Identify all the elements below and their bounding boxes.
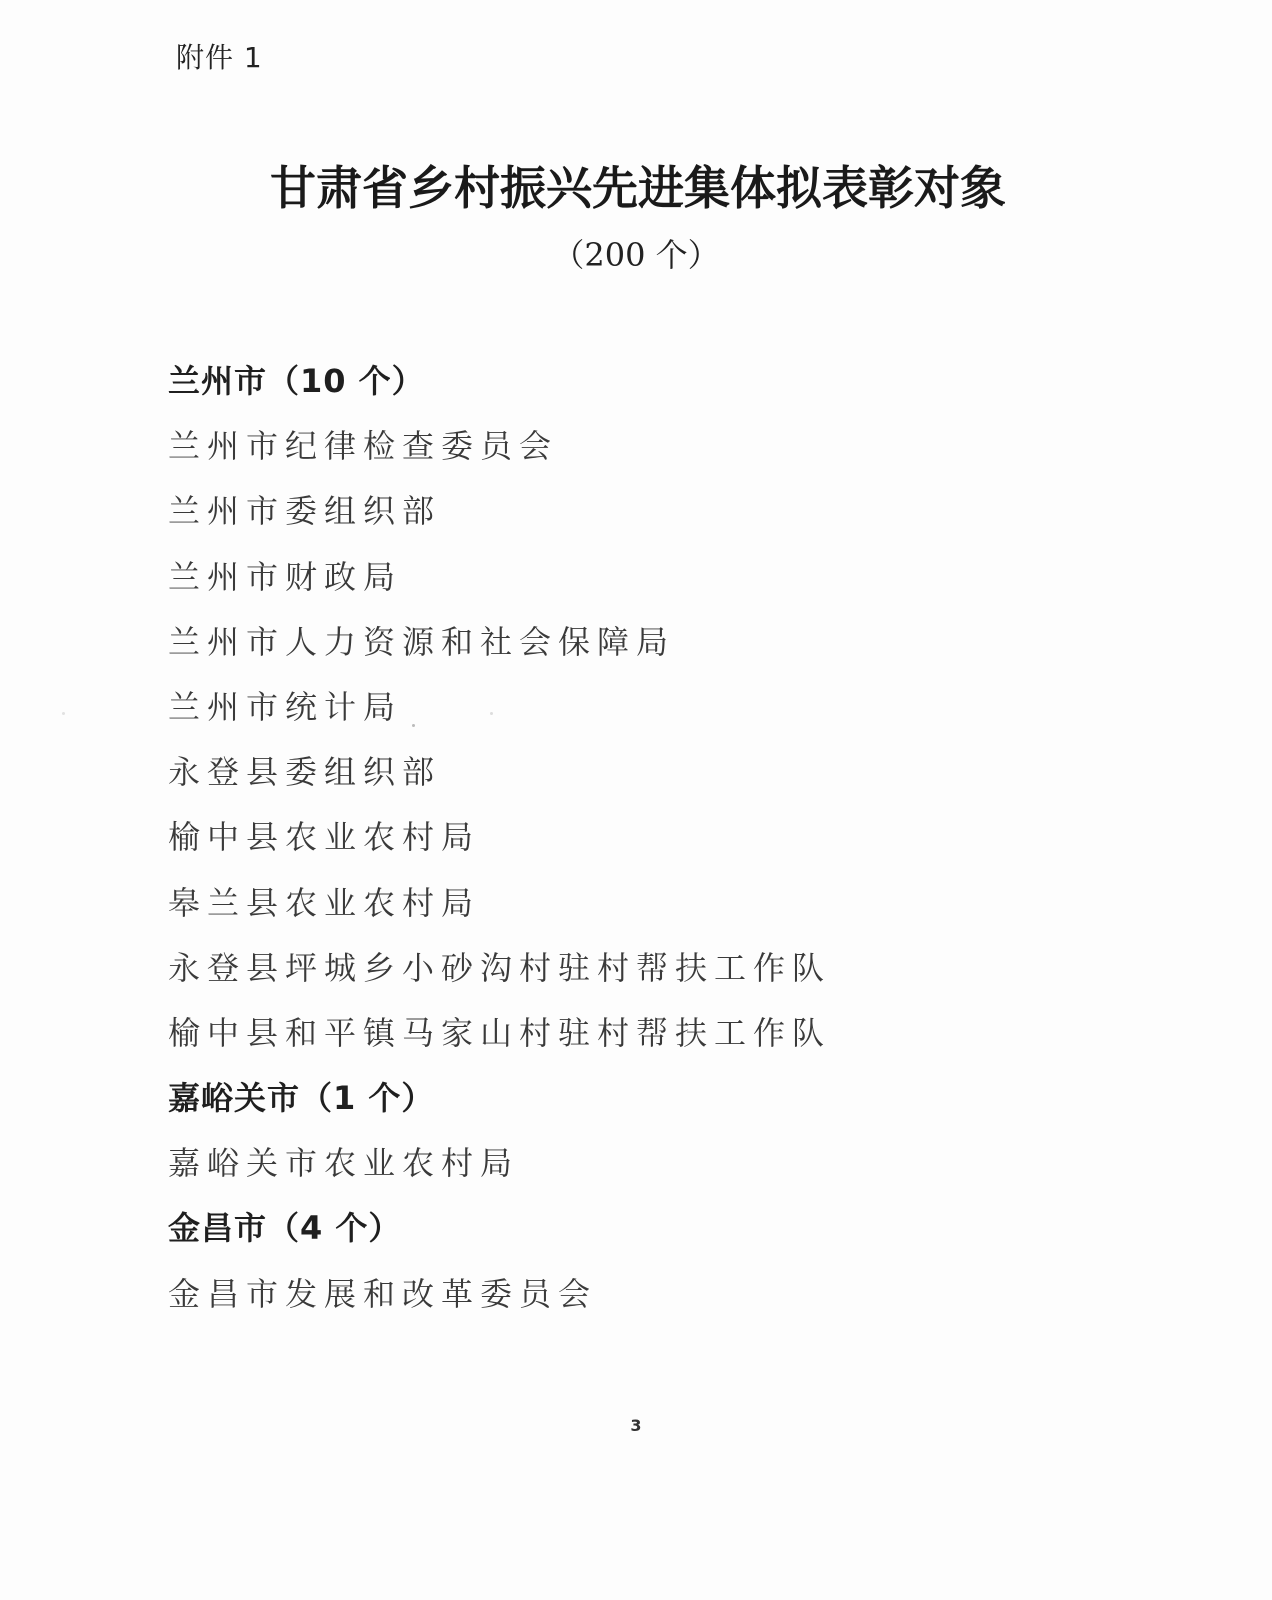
document-page: 附件 1 甘肃省乡村振兴先进集体拟表彰对象 （200 个） 兰州市（10 个） … bbox=[0, 0, 1272, 1600]
scan-speck bbox=[412, 724, 415, 727]
list-item: 榆中县农业农村局 bbox=[168, 812, 1068, 877]
list-item: 兰州市人力资源和社会保障局 bbox=[168, 617, 1068, 682]
list-item: 兰州市纪律检查委员会 bbox=[168, 421, 1068, 486]
scan-speck bbox=[62, 712, 65, 715]
list-item: 永登县坪城乡小砂沟村驻村帮扶工作队 bbox=[168, 943, 1068, 1008]
document-title: 甘肃省乡村振兴先进集体拟表彰对象 bbox=[0, 152, 1272, 218]
list-item: 皋兰县农业农村局 bbox=[168, 878, 1068, 943]
section-heading-jiayuguan: 嘉峪关市（1 个） bbox=[168, 1073, 1068, 1138]
attachment-label: 附件 1 bbox=[176, 36, 263, 76]
list-item: 兰州市财政局 bbox=[168, 552, 1068, 617]
section-heading-jinchang: 金昌市（4 个） bbox=[168, 1203, 1068, 1268]
list-item: 兰州市委组织部 bbox=[168, 486, 1068, 551]
list-item: 榆中县和平镇马家山村驻村帮扶工作队 bbox=[168, 1008, 1068, 1073]
list-item: 永登县委组织部 bbox=[168, 747, 1068, 812]
list-item: 兰州市统计局 bbox=[168, 682, 1068, 747]
section-heading-lanzhou: 兰州市（10 个） bbox=[168, 356, 1068, 421]
document-subtitle: （200 个） bbox=[0, 230, 1272, 276]
list-item: 金昌市发展和改革委员会 bbox=[168, 1269, 1068, 1334]
awardee-list: 兰州市（10 个） 兰州市纪律检查委员会 兰州市委组织部 兰州市财政局 兰州市人… bbox=[168, 356, 1068, 1334]
list-item: 嘉峪关市农业农村局 bbox=[168, 1138, 1068, 1203]
scan-speck bbox=[490, 712, 493, 715]
page-number: 3 bbox=[0, 1416, 1272, 1435]
